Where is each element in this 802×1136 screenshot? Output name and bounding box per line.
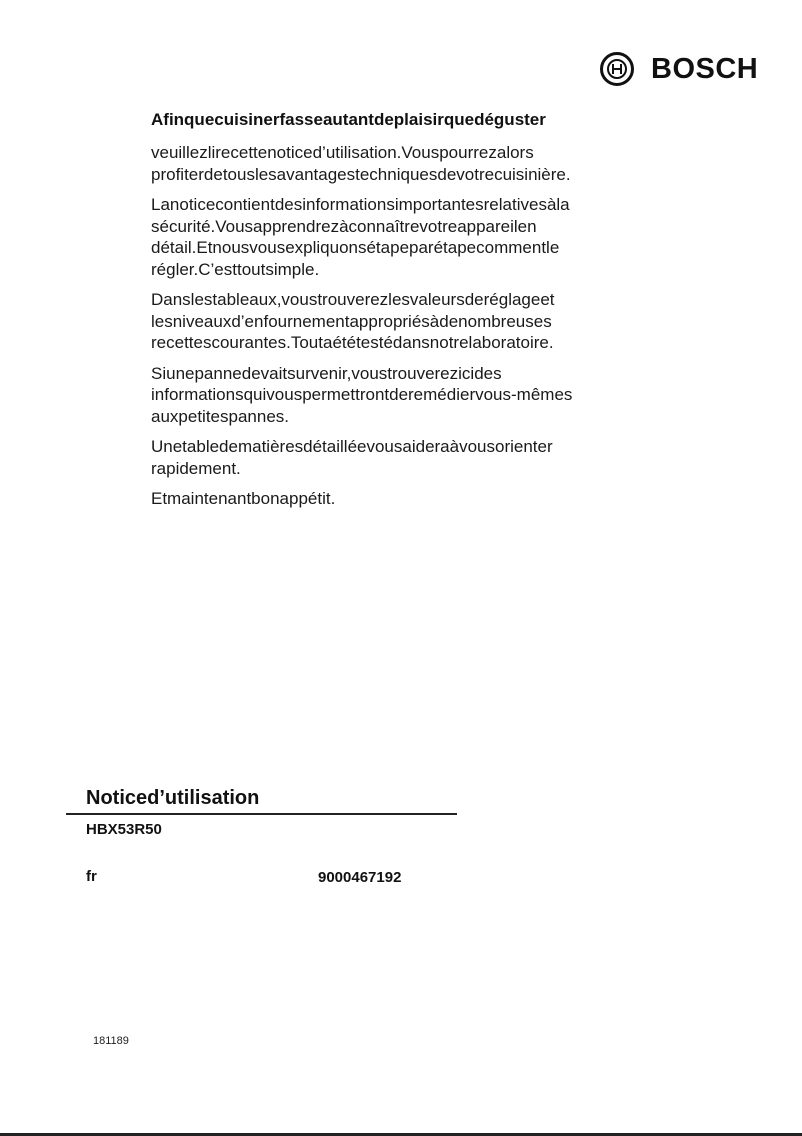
brand-name: BOSCH [651, 53, 758, 86]
paragraph-line: Danslestableaux,voustrouverezlesvaleursd… [151, 290, 555, 309]
paragraph-line: régler.C’esttoutsimple. [151, 260, 319, 279]
paragraph-line: Etmaintenantbonappétit. [151, 489, 335, 508]
paragraph-line: profiterdetouslesavantagestechniquesdevo… [151, 165, 571, 184]
paragraph-line: Lanoticecontientdesinformationsimportant… [151, 195, 570, 214]
intro-paragraph: veuillezlirecettenoticed’utilisation.Vou… [151, 142, 631, 185]
print-code: 181189 [93, 1035, 129, 1047]
intro-paragraphs: veuillezlirecettenoticed’utilisation.Vou… [151, 142, 631, 510]
intro-section: Afinquecuisinerfasseautantdeplaisirquedé… [151, 109, 631, 519]
paragraph-line: informationsquivouspermettrontderemédier… [151, 385, 572, 404]
document-number: 9000467192 [318, 869, 401, 886]
paragraph-line: auxpetitespannes. [151, 407, 289, 426]
bosch-armature-icon [600, 52, 634, 86]
intro-heading: Afinquecuisinerfasseautantdeplaisirquedé… [151, 109, 631, 131]
paragraph-line: Unetabledematièresdétailléevousaideraàvo… [151, 437, 553, 456]
language-code: fr [86, 868, 97, 885]
paragraph-line: veuillezlirecettenoticed’utilisation.Vou… [151, 143, 534, 162]
paragraph-line: Siunepannedevaitsurvenir,voustrouverezic… [151, 364, 502, 383]
intro-paragraph: Lanoticecontientdesinformationsimportant… [151, 194, 631, 280]
paragraph-line: rapidement. [151, 459, 241, 478]
intro-paragraph: Etmaintenantbonappétit. [151, 488, 631, 510]
intro-paragraph: Siunepannedevaitsurvenir,voustrouverezic… [151, 363, 631, 428]
model-number: HBX53R50 [86, 821, 162, 838]
paragraph-line: détail.Etnousvousexpliquonsétapeparétape… [151, 238, 559, 257]
title-divider [66, 813, 457, 815]
paragraph-line: sécurité.Vousapprendrezàconnaîtrevotreap… [151, 217, 537, 236]
intro-paragraph: Unetabledematièresdétailléevousaideraàvo… [151, 436, 631, 479]
document-title: Noticed’utilisation [86, 787, 259, 810]
paragraph-line: lesniveauxd’enfournementappropriésàdenom… [151, 312, 552, 331]
bosch-logo: BOSCH [600, 52, 758, 86]
intro-paragraph: Danslestableaux,voustrouverezlesvaleursd… [151, 289, 631, 354]
paragraph-line: recettescourantes.Toutaététestédansnotre… [151, 333, 554, 352]
